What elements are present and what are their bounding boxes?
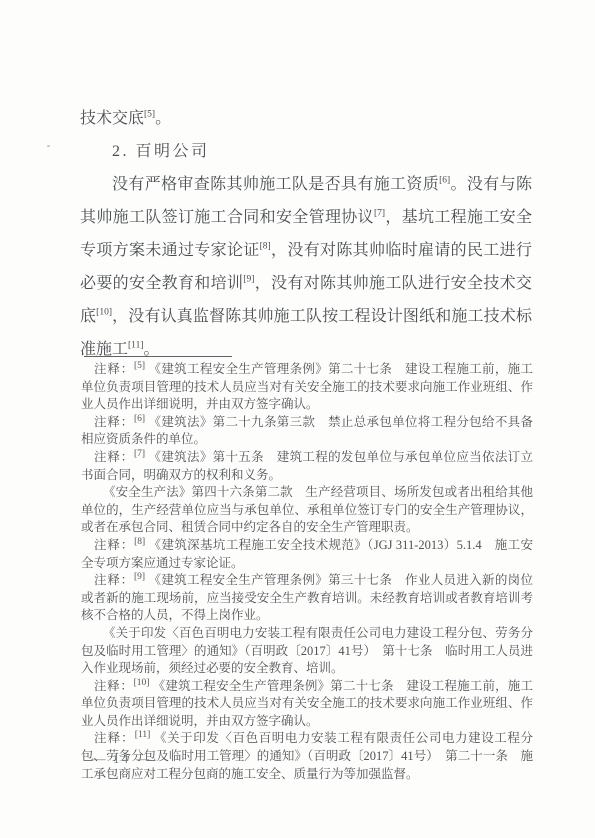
footnote-ref: [6] xyxy=(439,176,450,186)
footnote-label: 注释： xyxy=(94,573,134,587)
footnote-text: 《关于印发〈百色百明电力安装工程有限责任公司电力建设工程分包、劳务分包及临时用工… xyxy=(81,626,533,675)
footnote-item: 注释：[7] 《建筑法》第十五条 建筑工程的发包单位与承包单位应当依法订立书面合… xyxy=(81,449,533,484)
footnote-marker: [11] xyxy=(135,730,150,740)
footnote-item: 注释：[9] 《建筑工程安全生产管理条例》第三十七条 作业人员进入新的岗位或者新… xyxy=(81,572,533,625)
document-page: 技术交底[5]。2. 百明公司没有严格审查陈其帅施工队是否具有施工资质[6]。没… xyxy=(0,0,595,838)
footnote-label: 注释： xyxy=(94,538,134,552)
footnote-label: 注释： xyxy=(94,731,135,745)
footnote-item: 注释：[8] 《建筑深基坑工程施工安全技术规范》（JGJ 311-2013）5.… xyxy=(81,537,533,572)
footnote-label: 注释： xyxy=(94,362,134,376)
footnote-ref: [10] xyxy=(96,308,112,318)
footnote-text: 《建筑深基坑工程施工安全技术规范》（JGJ 311-2013）5.1.4 施工安… xyxy=(81,538,533,570)
footnote-marker: [10] xyxy=(134,678,150,688)
footnote-marker: [7] xyxy=(134,449,145,459)
body-paragraph: 技术交底[5]。 xyxy=(80,102,532,135)
footnote-marker: [6] xyxy=(134,414,145,424)
footnote-ref: [11] xyxy=(128,341,143,351)
footnote-item: 《关于印发〈百色百明电力安装工程有限责任公司电力建设工程分包、劳务分包及临时用工… xyxy=(81,625,533,678)
footnote-item: 《安全生产法》第四十六条第二款 生产经营项目、场所发包或者出租给其他单位的，生产… xyxy=(81,484,533,537)
body-text-run: 没有严格审查陈其帅施工队是否具有施工资质 xyxy=(112,176,439,193)
footnote-item: 注释：[6] 《建筑法》第二十九条第三款 禁止总承包单位将工程分包给不具备相应资… xyxy=(81,414,533,449)
footnote-text: 《建筑工程安全生产管理条例》第三十七条 作业人员进入新的岗位或者新的施工现场前，… xyxy=(81,573,533,622)
body-text-run: 。 xyxy=(155,110,171,127)
footnote-item: 注释：[10] 《建筑工程安全生产管理条例》第二十七条 建设工程施工前，施工单位… xyxy=(81,678,533,731)
footnote-marker: [8] xyxy=(134,537,145,547)
footnote-ref: [7] xyxy=(374,209,385,219)
footnotes: 注释：[5] 《建筑工程安全生产管理条例》第二十七条 建设工程施工前，施工单位负… xyxy=(81,361,533,783)
footnote-text: 《建筑法》第十五条 建筑工程的发包单位与承包单位应当依法订立书面合同，明确双方的… xyxy=(81,450,533,482)
footnote-label: 注释： xyxy=(94,415,134,429)
scan-speck xyxy=(47,145,50,147)
footnote-separator xyxy=(84,356,232,357)
footnote-marker: [5] xyxy=(134,361,145,371)
section-heading: 2. 百明公司 xyxy=(80,135,532,168)
body-text-run: 技术交底 xyxy=(80,110,144,127)
footnote-text: 《建筑工程安全生产管理条例》第二十七条 建设工程施工前，施工单位负责项目管理的技… xyxy=(81,679,533,728)
footnote-text: 《建筑工程安全生产管理条例》第二十七条 建设工程施工前，施工单位负责项目管理的技… xyxy=(81,362,533,411)
footnote-ref: [5] xyxy=(144,110,155,120)
footnote-marker: [9] xyxy=(134,572,145,582)
footnote-item: 注释：[5] 《建筑工程安全生产管理条例》第二十七条 建设工程施工前，施工单位负… xyxy=(81,361,533,414)
footnote-ref: [9] xyxy=(243,275,254,285)
body-paragraph: 没有严格审查陈其帅施工队是否具有施工资质[6]。没有与陈其帅施工队签订施工合同和… xyxy=(80,168,532,366)
footnote-label: 注释： xyxy=(94,450,134,464)
footnote-text: 《建筑法》第二十九条第三款 禁止总承包单位将工程分包给不具备相应资质条件的单位。 xyxy=(81,415,533,447)
footnote-ref: [8] xyxy=(260,242,271,252)
body-text-run: 2. 百明公司 xyxy=(112,143,210,160)
footnote-text: 《安全生产法》第四十六条第二款 生产经营项目、场所发包或者出租给其他单位的，生产… xyxy=(81,485,533,534)
footnote-label: 注释： xyxy=(94,679,134,693)
body-text: 技术交底[5]。2. 百明公司没有严格审查陈其帅施工队是否具有施工资质[6]。没… xyxy=(80,102,532,366)
page-number: — 14 — xyxy=(92,751,151,767)
